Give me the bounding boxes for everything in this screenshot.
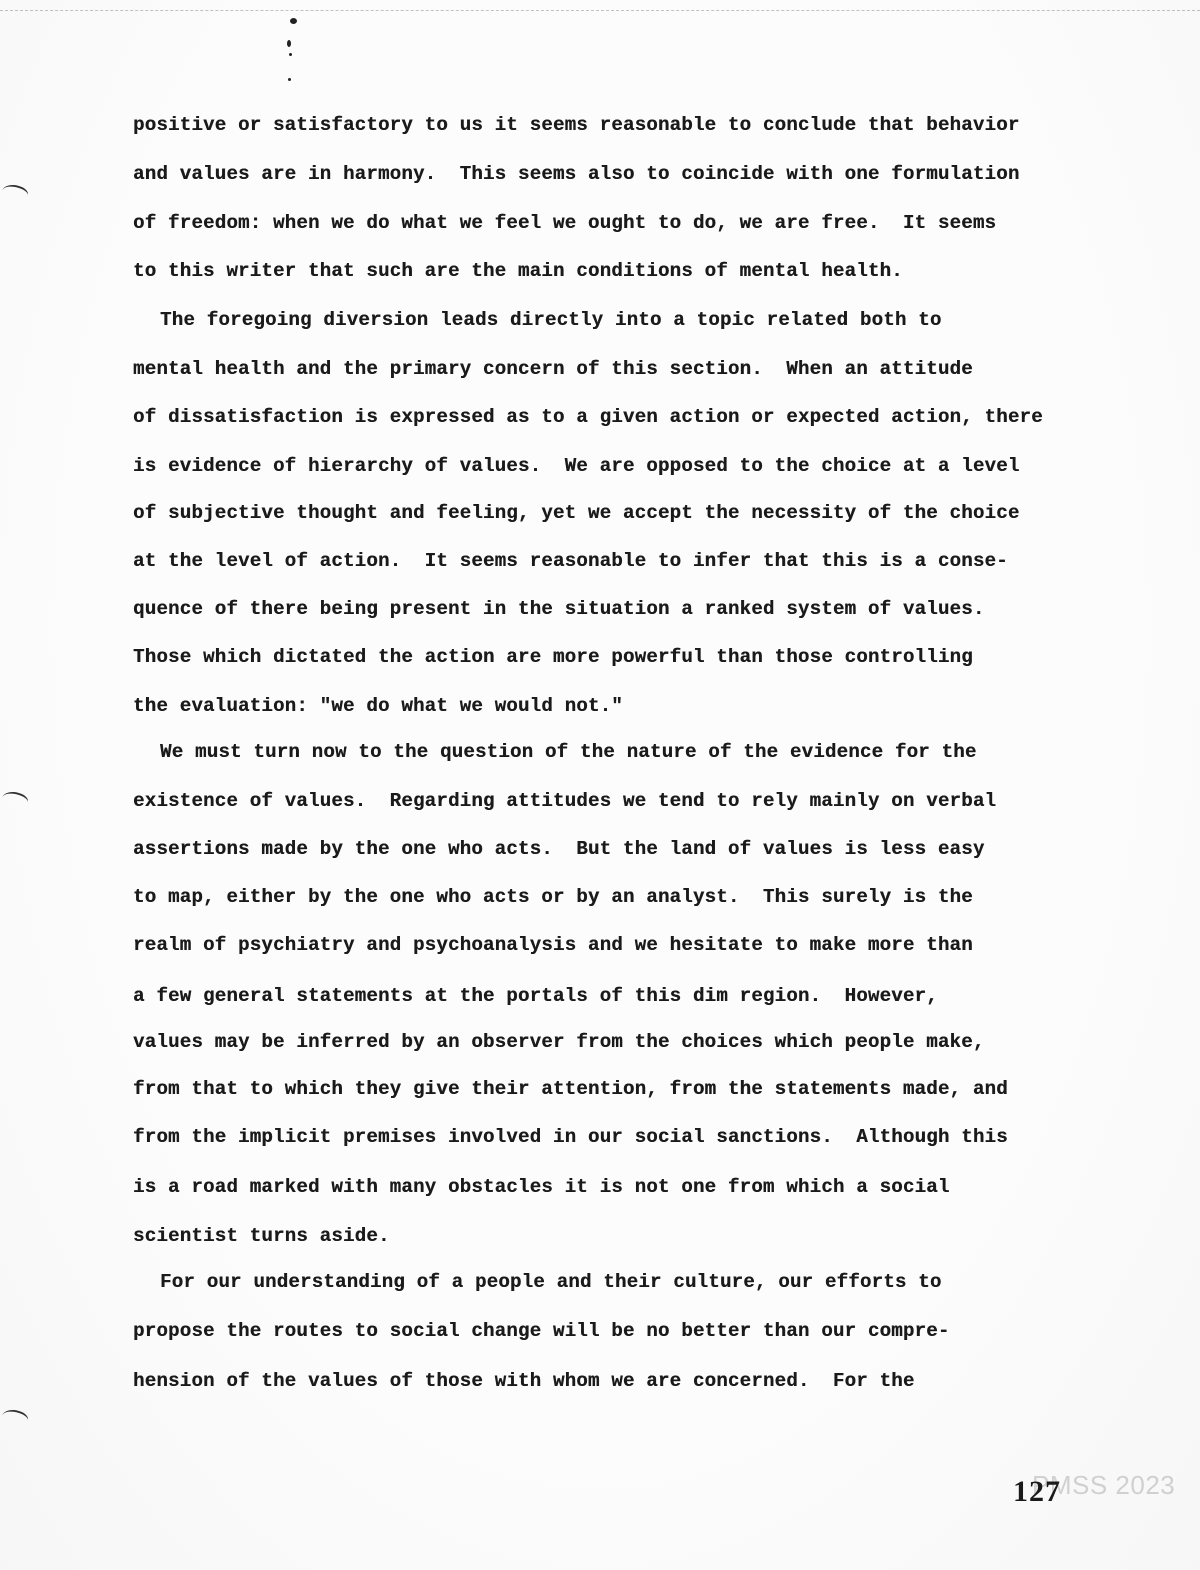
text-line: Those which dictated the action are more… <box>133 646 973 668</box>
text-line: of subjective thought and feeling, yet w… <box>133 502 1020 524</box>
top-edge-rule <box>0 10 1200 12</box>
text-line: to this writer that such are the main co… <box>133 260 903 282</box>
scan-speck <box>287 40 291 47</box>
text-line: scientist turns aside. <box>133 1225 390 1247</box>
margin-mark <box>0 1406 30 1429</box>
text-line: is evidence of hierarchy of values. We a… <box>133 455 1020 477</box>
paragraph-first-line: We must turn now to the question of the … <box>160 741 977 763</box>
document-page: positive or satisfactory to us it seems … <box>0 0 1200 1570</box>
text-line: a few general statements at the portals … <box>133 985 938 1007</box>
margin-mark <box>0 181 30 204</box>
text-line: from that to which they give their atten… <box>133 1078 1008 1100</box>
text-line: of freedom: when we do what we feel we o… <box>133 212 996 234</box>
text-line: assertions made by the one who acts. But… <box>133 838 985 860</box>
text-line: quence of there being present in the sit… <box>133 598 985 620</box>
text-line: propose the routes to social change will… <box>133 1320 950 1342</box>
text-line: from the implicit premises involved in o… <box>133 1126 1008 1148</box>
text-line: positive or satisfactory to us it seems … <box>133 114 1020 136</box>
text-line: of dissatisfaction is expressed as to a … <box>133 406 1043 428</box>
text-line: mental health and the primary concern of… <box>133 358 973 380</box>
text-line: and values are in harmony. This seems al… <box>133 163 1020 185</box>
paragraph-first-line: The foregoing diversion leads directly i… <box>160 309 942 331</box>
paragraph-first-line: For our understanding of a people and th… <box>160 1271 942 1293</box>
scan-speck <box>289 53 292 56</box>
text-line: at the level of action. It seems reasona… <box>133 550 1008 572</box>
page-number: 127 <box>1013 1475 1061 1509</box>
text-line: existence of values. Regarding attitudes… <box>133 790 996 812</box>
margin-mark <box>0 788 30 811</box>
text-line: is a road marked with many obstacles it … <box>133 1176 950 1198</box>
text-line: the evaluation: "we do what we would not… <box>133 695 623 717</box>
text-line: realm of psychiatry and psychoanalysis a… <box>133 934 973 956</box>
text-line: values may be inferred by an observer fr… <box>133 1031 985 1053</box>
text-line: to map, either by the one who acts or by… <box>133 886 973 908</box>
scan-speck <box>290 18 297 24</box>
scan-speck <box>288 78 291 81</box>
text-line: hension of the values of those with whom… <box>133 1370 915 1392</box>
